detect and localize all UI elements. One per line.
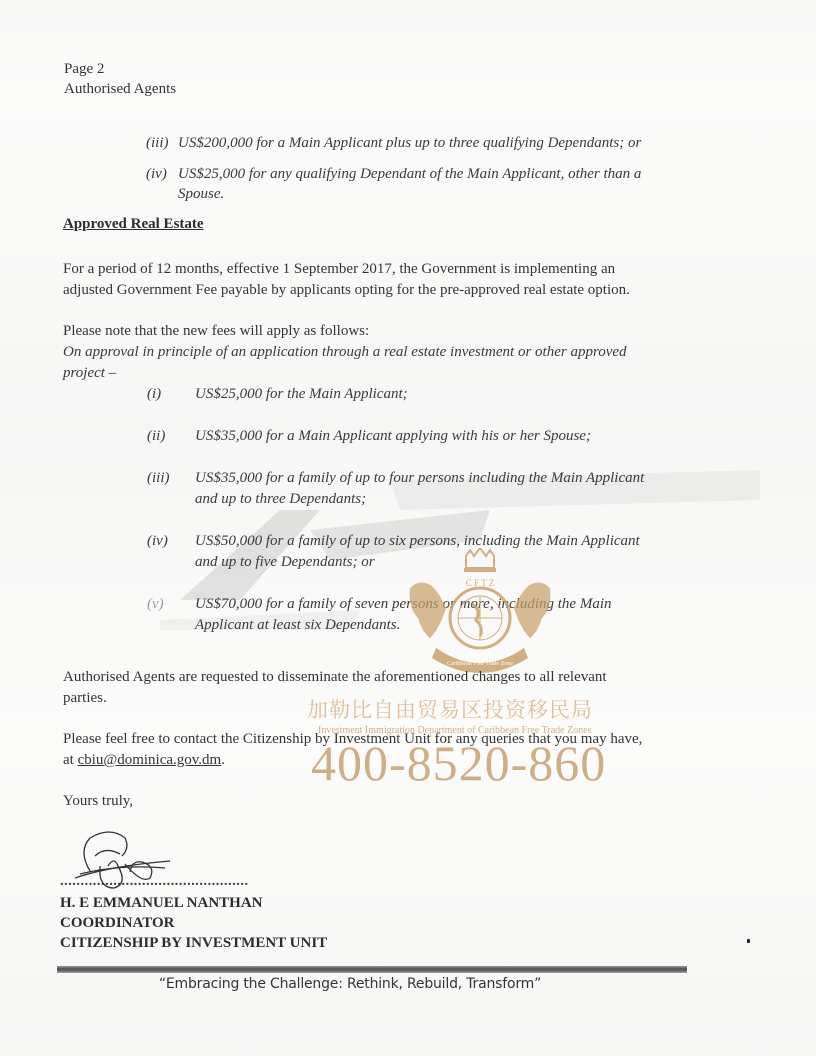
footer-motto: “Embracing the Challenge: Rethink, Rebui… [0,976,816,992]
item-number: (iii) [146,133,178,153]
watermark-phone: 400-8520-860 [311,735,606,791]
fee-text: US$25,000 for the Main Applicant; [195,384,695,405]
signatory-name: H. E EMMANUEL NANTHAN [60,893,327,913]
page-header: Page 2 Authorised Agents [64,59,176,99]
footer-rule [57,966,687,973]
section-title: Approved Real Estate [63,216,204,233]
condition-paragraph: On approval in principle of an applicati… [63,342,703,384]
signatory-block: H. E EMMANUEL NANTHAN COORDINATOR CITIZE… [60,893,327,953]
fee-text: US$35,000 for a Main Applicant applying … [195,426,695,447]
signatory-unit: CITIZENSHIP BY INVESTMENT UNIT [60,933,327,953]
previous-list-item: (iv)US$25,000 for any qualifying Dependa… [146,164,641,204]
signature-line: ........................................… [60,874,249,890]
item-text: US$25,000 for any qualifying Dependant o… [178,166,641,182]
salutation: Yours truly, [63,791,703,812]
paragraph-line: Authorised Agents are requested to disse… [63,667,703,688]
intro-line: For a period of 12 months, effective 1 S… [63,259,703,280]
signatory-title: COORDINATOR [60,913,327,933]
recipient-label: Authorised Agents [64,79,176,99]
fee-number: (v) [147,594,164,615]
condition-line: On approval in principle of an applicati… [63,342,703,363]
fee-number: (ii) [147,426,165,447]
intro-line: adjusted Government Fee payable by appli… [63,280,703,301]
item-text-continued: Spouse. [146,184,641,204]
previous-list-item: (iii)US$200,000 for a Main Applicant plu… [146,133,641,153]
item-number: (iv) [146,164,178,184]
watermark-chinese-name: 加勒比自由贸易区投资移民局 [307,694,593,724]
scan-speck [747,939,750,943]
item-text: US$200,000 for a Main Applicant plus up … [178,135,641,151]
fee-number: (i) [147,384,161,405]
condition-line: project – [63,363,703,384]
fee-number: (iv) [147,531,168,552]
fees-note: Please note that the new fees will apply… [63,321,703,342]
fee-number: (iii) [147,468,170,489]
fee-text: US$50,000 for a family of up to six pers… [195,531,695,573]
fee-text: US$70,000 for a family of seven persons … [195,594,695,636]
page-number: Page 2 [64,59,176,79]
intro-paragraph: For a period of 12 months, effective 1 S… [63,259,703,301]
fee-text: US$35,000 for a family of up to four per… [195,468,695,510]
email-link[interactable]: cbiu@dominica.gov.dm [78,752,222,768]
